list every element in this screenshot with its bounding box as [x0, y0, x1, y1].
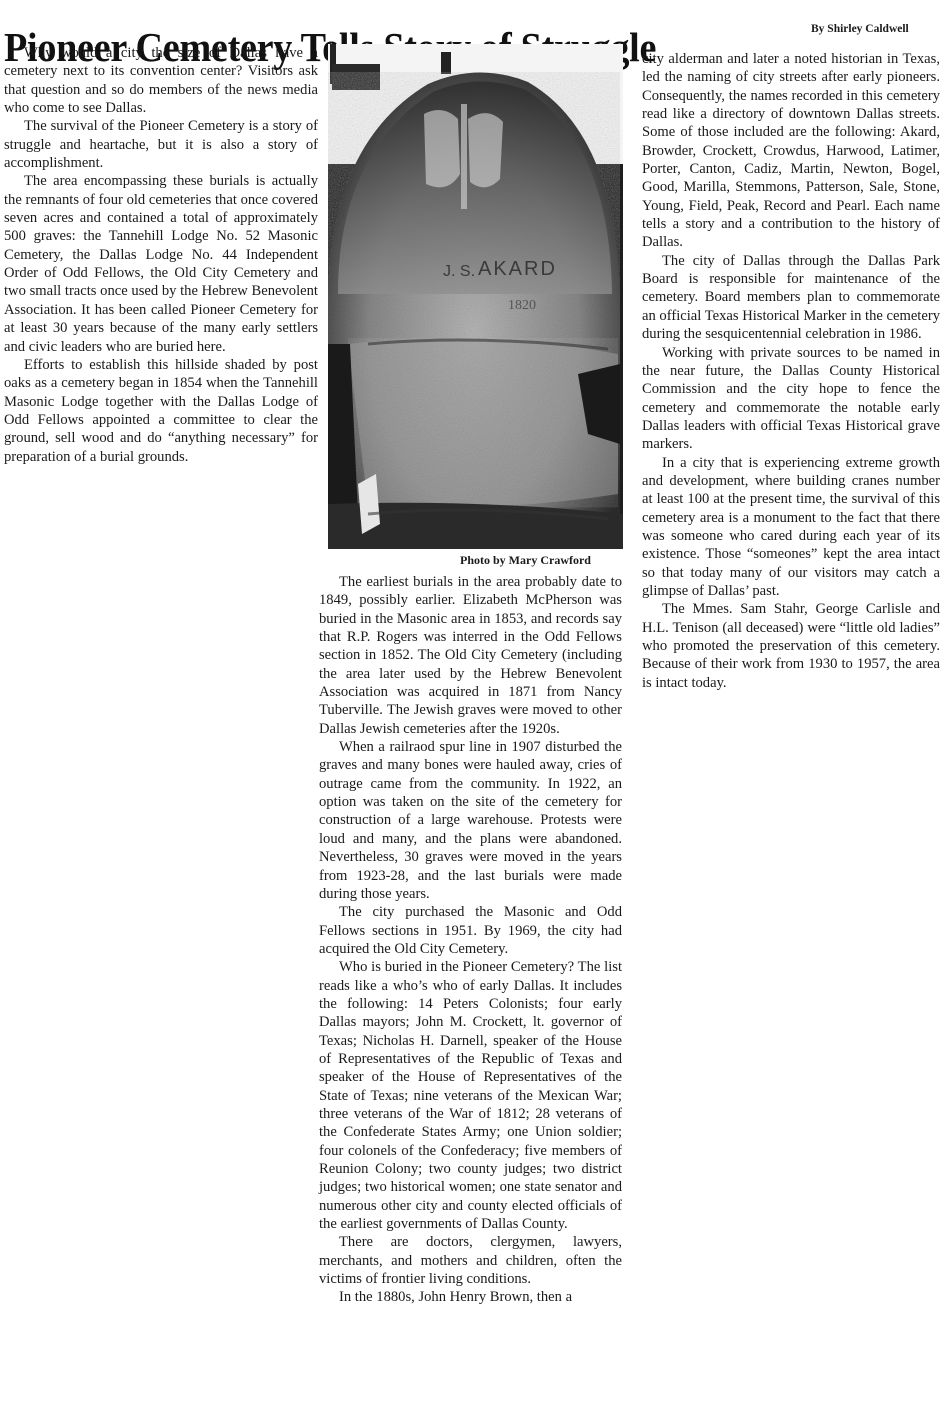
paragraph: The area encompassing these burials is a…	[4, 172, 318, 355]
paragraph: Why would a city the size of Dallas have…	[4, 44, 318, 117]
paragraph: Who is buried in the Pioneer Cemetery? T…	[319, 958, 622, 1233]
paragraph: In the 1880s, John Henry Brown, then a	[319, 1288, 622, 1306]
paragraph: When a railraod spur line in 1907 distur…	[319, 738, 622, 903]
paragraph: Working with private sources to be named…	[642, 344, 940, 454]
svg-text:1820: 1820	[508, 298, 536, 313]
paragraph: The city of Dallas through the Dallas Pa…	[642, 252, 940, 344]
column-left: Why would a city the size of Dallas have…	[4, 44, 318, 466]
paragraph: city alderman and later a noted historia…	[642, 50, 940, 252]
paragraph: The Mmes. Sam Stahr, George Carlisle and…	[642, 600, 940, 692]
column-center: The earliest burials in the area probabl…	[319, 573, 622, 1307]
column-right: city alderman and later a noted historia…	[642, 50, 940, 692]
paragraph: The earliest burials in the area probabl…	[319, 573, 622, 738]
photo-caption: Photo by Mary Crawford	[460, 553, 591, 568]
paragraph: The city purchased the Masonic and Odd F…	[319, 903, 622, 958]
paragraph: Efforts to establish this hillside shade…	[4, 356, 318, 466]
svg-text:AKARD: AKARD	[478, 258, 557, 280]
byline: By Shirley Caldwell	[811, 23, 909, 35]
gravestone-photo: AKARD J. S. 1820	[328, 44, 623, 549]
svg-text:J. S.: J. S.	[443, 263, 475, 280]
paragraph: There are doctors, clergymen, lawyers, m…	[319, 1233, 622, 1288]
paragraph: The survival of the Pioneer Cemetery is …	[4, 117, 318, 172]
paragraph: In a city that is experiencing extreme g…	[642, 454, 940, 601]
gravestone-image: AKARD J. S. 1820	[328, 44, 623, 549]
